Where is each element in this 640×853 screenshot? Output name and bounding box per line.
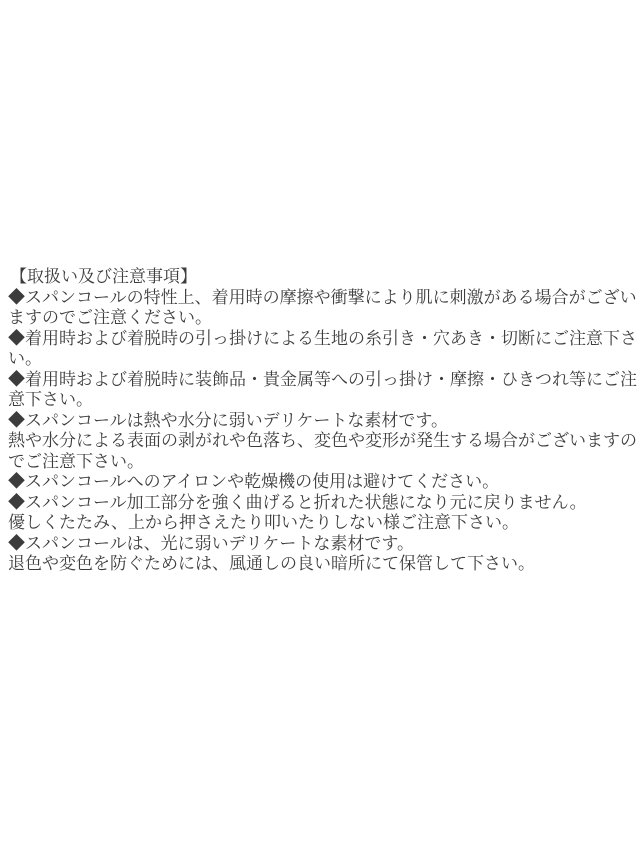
notice-line: ◆スパンコールの特性上、着用時の摩擦や衝撃により肌に刺激がある場合がござい [8, 288, 638, 309]
notice-line: 優しくたたみ、上から押さえたり叩いたりしない様ご注意下さい。 [8, 513, 638, 534]
notice-line: ますのでご注意ください。 [8, 308, 638, 329]
notice-line: い。 [8, 349, 638, 370]
notice-title: 【取扱い及び注意事項】 [8, 267, 638, 288]
notice-line: ◆着用時および着脱時に装飾品・貴金属等への引っ掛け・摩擦・ひきつれ等にご注 [8, 370, 638, 391]
notice-line: ◆スパンコールは、光に弱いデリケートな素材です。 [8, 534, 638, 555]
notice-line: 退色や変色を防ぐためには、風通しの良い暗所にて保管して下さい。 [8, 554, 638, 575]
notice-line: でご注意下さい。 [8, 452, 638, 473]
handling-notice-block: 【取扱い及び注意事項】 ◆スパンコールの特性上、着用時の摩擦や衝撃により肌に刺激… [8, 267, 638, 575]
notice-line: ◆スパンコール加工部分を強く曲げると折れた状態になり元に戻りません。 [8, 493, 638, 514]
care-notice-page: 【取扱い及び注意事項】 ◆スパンコールの特性上、着用時の摩擦や衝撃により肌に刺激… [0, 0, 640, 853]
notice-line: ◆着用時および着脱時の引っ掛けによる生地の糸引き・穴あき・切断にご注意下さ [8, 329, 638, 350]
notice-line: ◆スパンコールへのアイロンや乾燥機の使用は避けてください。 [8, 472, 638, 493]
notice-line: ◆スパンコールは熱や水分に弱いデリケートな素材です。 [8, 411, 638, 432]
notice-line: 意下さい。 [8, 390, 638, 411]
notice-line: 熱や水分による表面の剥がれや色落ち、変色や変形が発生する場合がございますの [8, 431, 638, 452]
